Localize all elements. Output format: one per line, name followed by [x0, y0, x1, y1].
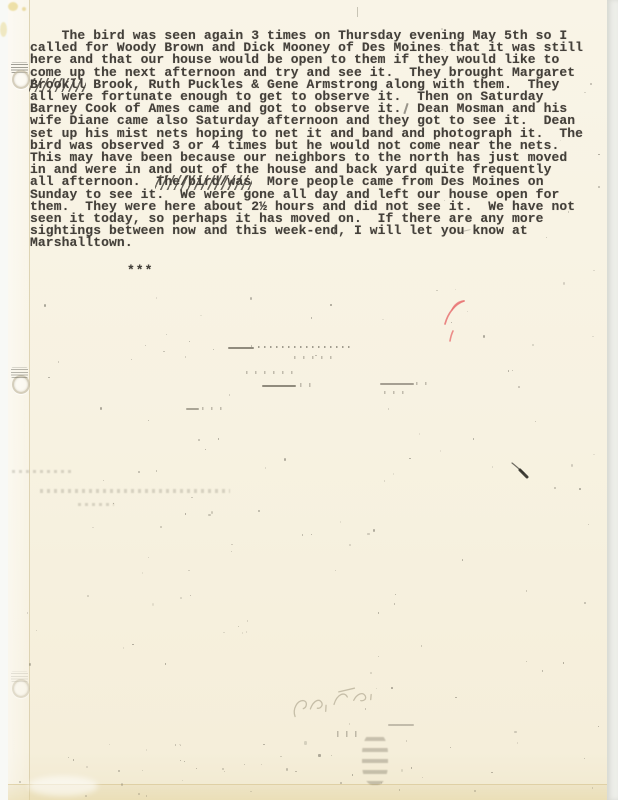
paper-speck	[160, 526, 162, 528]
bleedthrough-mark	[416, 382, 432, 385]
paper-speck	[231, 544, 232, 546]
paper-speck	[340, 521, 341, 523]
bleedthrough-mark	[388, 724, 414, 726]
bleedthrough-mark	[186, 408, 199, 410]
paper-speck	[188, 570, 189, 571]
paper-speck	[304, 741, 306, 744]
paper-speck	[265, 467, 266, 468]
paper-speck	[109, 744, 110, 745]
paper-speck	[384, 480, 385, 482]
paper-speck	[588, 524, 589, 525]
paper-speck	[180, 745, 181, 747]
paper-speck	[200, 315, 201, 316]
paper-speck	[593, 270, 594, 272]
paper-speck	[419, 433, 420, 435]
paper-speck	[483, 335, 485, 338]
paper-speck	[205, 449, 206, 451]
paper-speck	[422, 777, 423, 778]
paper-speck	[163, 351, 164, 353]
paper-speck	[517, 742, 518, 744]
bleedthrough-mark	[228, 347, 254, 349]
paper-speck	[370, 672, 372, 674]
paper-speck	[100, 407, 102, 410]
paper-speck	[450, 747, 451, 749]
paper-speck	[152, 603, 154, 606]
paper-speck	[148, 557, 149, 559]
paper-speck	[85, 795, 86, 797]
paper-speck	[148, 420, 149, 422]
paper-speck	[456, 182, 457, 184]
paper-speck	[571, 464, 573, 467]
paper-speck	[512, 370, 513, 371]
paper-speck	[251, 345, 252, 347]
paper-speck	[335, 570, 336, 572]
yellow-stain	[0, 22, 7, 37]
binder-fastener-middle	[11, 367, 30, 394]
paper-speck	[165, 663, 166, 665]
paper-speck	[138, 793, 139, 795]
ink-stroke-mark	[508, 458, 532, 482]
paper-speck	[584, 602, 586, 605]
paper-speck	[68, 757, 69, 758]
paper-speck	[224, 771, 225, 772]
paper-speck	[318, 754, 320, 757]
paper-speck	[302, 534, 303, 536]
paper-speck	[280, 756, 281, 758]
paper-speck	[185, 356, 186, 358]
bleedthrough-mark	[337, 731, 359, 737]
paper-speck	[211, 511, 213, 514]
paper-speck	[593, 454, 594, 456]
bleedthrough-mark	[294, 356, 334, 359]
paper-speck	[436, 290, 437, 292]
paper-speck	[395, 594, 396, 595]
typed-paragraph: The bird was seen again 3 times on Thurs…	[30, 30, 600, 250]
paper-speck	[518, 386, 519, 388]
paper-speck	[474, 790, 475, 792]
bleedthrough-mark	[12, 470, 72, 473]
scan-edge-right	[607, 0, 618, 800]
paper-speck	[113, 503, 114, 504]
paper-speck	[146, 749, 147, 751]
bleedthrough-mark	[262, 385, 296, 387]
paper-speck	[118, 770, 119, 772]
paper-speck	[401, 769, 403, 772]
paper-speck	[421, 645, 422, 647]
typed-line: Marshalltown.	[30, 237, 600, 249]
paper-speck	[286, 768, 288, 771]
bleedthrough-mark	[78, 503, 114, 506]
fastener-hatch	[11, 367, 28, 378]
paper-speck	[295, 771, 296, 772]
paper-speck	[542, 670, 543, 672]
paper-speck	[131, 359, 132, 360]
paper-speck	[142, 572, 143, 574]
paper-speck	[208, 514, 210, 516]
paper-speck	[238, 626, 239, 627]
struck-text: Brookll	[30, 79, 85, 91]
paper-speck	[244, 764, 245, 765]
paper-speck	[590, 83, 591, 85]
bleedthrough-mark	[300, 383, 318, 387]
paper-speck	[526, 590, 527, 592]
paper-speck	[182, 780, 183, 781]
paper-speck	[242, 632, 243, 634]
paper-speck	[393, 473, 394, 475]
paper-speck	[382, 319, 383, 320]
paper-speck	[311, 534, 312, 535]
punch-hole-ring	[12, 679, 30, 698]
bleedthrough-mark	[40, 489, 230, 493]
typed-text: Marshalltown.	[30, 235, 133, 250]
paper-speck	[132, 644, 133, 645]
paper-speck	[198, 439, 200, 441]
paper-sheet: The bird was seen again 3 times on Thurs…	[0, 0, 618, 800]
paper-speck	[284, 458, 286, 461]
paper-speck	[584, 758, 585, 759]
footer-asterisks: ***	[127, 263, 153, 278]
paper-speck	[440, 450, 441, 452]
paper-speck	[222, 768, 224, 770]
paper-speck	[263, 744, 265, 746]
paper-speck	[86, 766, 87, 768]
paper-speck	[473, 438, 474, 440]
paper-speck	[58, 361, 59, 362]
paper-speck	[352, 774, 353, 776]
paper-speck	[156, 470, 157, 472]
paper-speck	[367, 533, 369, 535]
bleedthrough-mark	[384, 391, 406, 394]
paper-speck	[373, 529, 375, 532]
paper-speck	[218, 438, 219, 440]
paper-speck	[247, 620, 248, 622]
yellow-stain	[22, 7, 26, 11]
paper-speck	[311, 317, 312, 319]
paper-speck	[185, 513, 186, 515]
paper-speck	[223, 632, 224, 634]
paper-speck	[592, 787, 593, 789]
red-pen-mark	[438, 293, 472, 347]
paper-speck	[535, 421, 536, 422]
paper-speck	[514, 731, 516, 734]
paper-speck	[409, 458, 410, 459]
paper-sheen	[28, 776, 98, 796]
paper-speck	[491, 772, 492, 773]
paper-speck	[552, 68, 554, 71]
paper-speck	[391, 687, 392, 689]
paper-speck	[213, 349, 214, 350]
paper-speck	[27, 612, 28, 614]
paper-speck	[166, 334, 167, 335]
paper-speck	[48, 377, 49, 378]
paper-speck	[455, 697, 456, 698]
paper-speck	[261, 764, 262, 765]
paper-speck	[258, 510, 260, 513]
bleedthrough-signature	[286, 681, 389, 727]
paper-speck	[554, 487, 555, 489]
binder-fastener-top	[11, 62, 30, 89]
paper-speck	[180, 597, 181, 599]
paper-speck	[175, 744, 176, 746]
paper-speck	[462, 559, 463, 561]
paper-speck	[29, 663, 31, 666]
paper-speck	[330, 304, 332, 306]
paper-speck	[121, 783, 123, 785]
paper-speck	[190, 595, 191, 596]
stray-ink-mark	[357, 7, 358, 17]
paper-speck	[138, 471, 139, 473]
punch-hole-ring	[12, 70, 30, 89]
paper-speck	[598, 726, 599, 727]
paper-speck	[492, 466, 493, 468]
paper-speck	[156, 297, 157, 299]
paper-speck	[378, 612, 379, 614]
bleedthrough-mark	[246, 371, 296, 374]
paper-speck	[592, 336, 593, 337]
paper-speck	[388, 408, 389, 410]
paper-speck	[526, 661, 527, 662]
paper-speck	[331, 755, 332, 756]
paper-speck	[189, 341, 190, 342]
paper-speck	[246, 631, 247, 632]
paper-speck	[563, 662, 564, 664]
yellow-stain	[8, 2, 18, 11]
paper-speck	[394, 603, 395, 605]
paper-speck	[508, 370, 509, 371]
paper-speck	[349, 544, 351, 546]
paper-speck	[467, 311, 468, 312]
paper-speck	[44, 304, 46, 307]
paper-speck	[231, 551, 232, 552]
binder-fastener-bottom	[11, 671, 30, 698]
bleedthrough-mark	[202, 407, 228, 410]
paper-speck	[411, 767, 412, 769]
paper-speck	[123, 647, 124, 649]
paper-speck	[349, 723, 350, 725]
paper-speck	[250, 297, 252, 300]
paper-speck	[229, 394, 230, 396]
paper-speck	[532, 344, 533, 346]
struck-text: The/bird/was	[156, 176, 251, 188]
paper-speck	[315, 355, 316, 357]
paper-speck	[191, 497, 193, 499]
paper-speck	[184, 761, 185, 762]
paper-speck	[145, 345, 146, 346]
paper-speck	[196, 768, 197, 770]
paper-speck	[73, 759, 74, 761]
bleedthrough-mark	[380, 383, 414, 385]
paper-speck	[87, 595, 88, 597]
bleedthrough-smudge	[362, 733, 388, 785]
paper-speck	[36, 630, 37, 631]
paper-speck	[378, 656, 379, 658]
paper-speck	[180, 760, 181, 761]
paper-speck	[19, 781, 20, 783]
bleedthrough-mark	[258, 346, 354, 348]
paper-speck	[142, 770, 143, 772]
paper-speck	[103, 480, 104, 481]
paper-speck	[563, 282, 565, 285]
paper-speck	[441, 28, 443, 31]
paper-speck	[406, 740, 407, 742]
scan-edge-left	[0, 0, 8, 800]
paper-speck	[455, 289, 456, 290]
paper-speck	[568, 211, 569, 212]
paper-speck	[92, 527, 93, 528]
paper-speck	[579, 488, 580, 490]
